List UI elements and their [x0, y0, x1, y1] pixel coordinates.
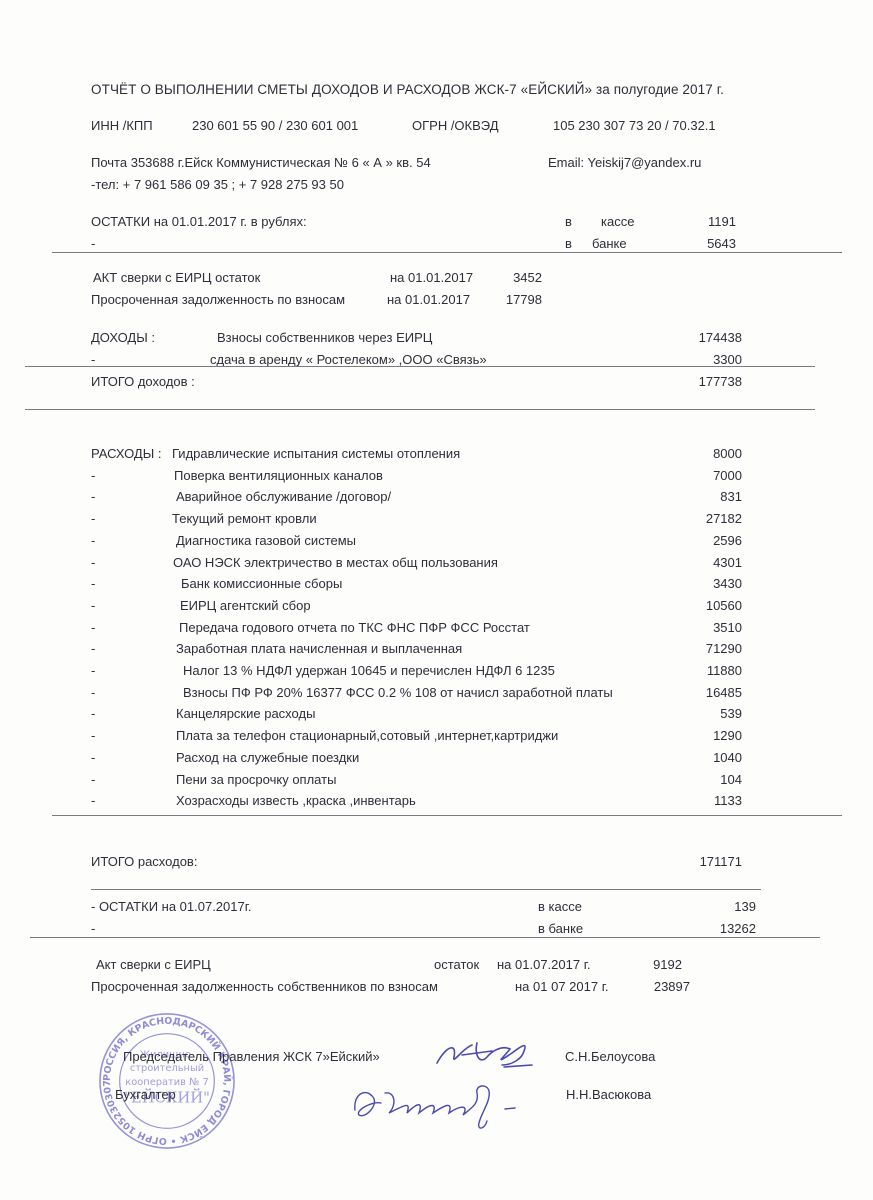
expense-row-dash: - — [91, 641, 95, 656]
opening-overdue-value: 17798 — [490, 292, 542, 307]
income-row-amount: 3300 — [660, 352, 742, 367]
phones: -тел: + 7 961 586 09 35 ; + 7 928 275 93… — [91, 177, 344, 192]
expense-row-amount: 11880 — [660, 663, 742, 678]
report-title: ОТЧЁТ О ВЫПОЛНЕНИИ СМЕТЫ ДОХОДОВ И РАСХО… — [91, 82, 724, 97]
expense-row-amount: 1040 — [660, 750, 742, 765]
income-row-desc: Взносы собственников через ЕИРЦ — [217, 330, 432, 345]
expense-row-amount: 3510 — [660, 620, 742, 635]
expense-row-dash: - — [91, 728, 95, 743]
address: Почта 353688 г.Ейск Коммунистическая № 6… — [91, 155, 431, 170]
income-row-desc: сдача в аренду « Ростелеком» ,ООО «Связь… — [210, 352, 487, 367]
expense-row-dash: - — [91, 620, 95, 635]
opening-bank-label: банке — [592, 236, 627, 251]
chair-role: Председатель Правления ЖСК 7»Ейский» — [123, 1049, 380, 1064]
email: Email: Yeiskij7@yandex.ru — [548, 155, 701, 170]
inn-value: 230 601 55 90 / 230 601 001 — [192, 118, 358, 133]
expense-row-dash: - — [91, 511, 95, 526]
divider — [30, 937, 820, 938]
income-total-label: ИТОГО доходов : — [91, 374, 195, 389]
expense-row-amount: 539 — [660, 706, 742, 721]
closing-overdue-date: на 01 07 2017 г. — [515, 979, 608, 994]
opening-overdue-date: на 01.01.2017 — [387, 292, 470, 307]
divider — [52, 252, 842, 253]
expense-row-amount: 1290 — [660, 728, 742, 743]
opening-cash-value: 1191 — [680, 214, 736, 229]
opening-act-date: на 01.01.2017 — [390, 270, 473, 285]
expense-row-desc: Расход на служебные поездки — [176, 750, 359, 765]
divider — [25, 409, 815, 410]
expense-row-amount: 10560 — [660, 598, 742, 613]
closing-bank-label: в банке — [538, 921, 583, 936]
expense-row-desc: Передача годового отчета по ТКС ФНС ПФР … — [179, 620, 530, 635]
expense-row-dash: - — [91, 706, 95, 721]
income-total-value: 177738 — [660, 374, 742, 389]
expense-row-desc: Хозрасходы известь ,краска ,инвентарь — [176, 793, 416, 808]
expense-row-desc: Налог 13 % НДФЛ удержан 10645 и перечисл… — [183, 663, 555, 678]
expense-row-amount: 7000 — [660, 468, 742, 483]
opening-act-label: АКТ сверки с ЕИРЦ остаток — [93, 270, 260, 285]
income-label: ДОХОДЫ : — [91, 330, 155, 345]
opening-dash: - — [91, 236, 95, 251]
expense-row-desc: Текущий ремонт кровли — [172, 511, 317, 526]
closing-dash: - — [91, 921, 95, 936]
expense-row-desc: Пени за просрочку оплаты — [176, 772, 336, 787]
expense-row-amount: 16485 — [660, 685, 742, 700]
opening-balance-label: ОСТАТКИ на 01.01.2017 г. в рублях: — [91, 214, 307, 229]
opening-act-value: 3452 — [490, 270, 542, 285]
accountant-name: Н.Н.Васюкова — [566, 1087, 651, 1102]
organization-stamp: РОССИЯ, КРАСНОДАРСКИЙ КРАЙ, ГОРОД ЕЙСК •… — [98, 1012, 236, 1150]
expense-row-amount: 104 — [660, 772, 742, 787]
closing-act-mid: остаток — [434, 957, 479, 972]
expense-row-dash: - — [91, 685, 95, 700]
expense-row-desc: Канцелярские расходы — [176, 706, 315, 721]
expense-row-amount: 2596 — [660, 533, 742, 548]
ogrn-value: 105 230 307 73 20 / 70.32.1 — [553, 118, 716, 133]
closing-balance-label: - ОСТАТКИ на 01.07.2017г. — [91, 899, 252, 914]
income-row-dash: - — [91, 352, 95, 367]
expense-row-amount: 831 — [660, 489, 742, 504]
closing-cash-label: в кассе — [538, 899, 582, 914]
closing-act-date: на 01.07.2017 г. — [497, 957, 590, 972]
closing-overdue-label: Просроченная задолженность собственников… — [91, 979, 438, 994]
expense-row-dash: - — [91, 468, 95, 483]
closing-act-label: Акт сверки с ЕИРЦ — [96, 957, 211, 972]
expense-row-amount: 71290 — [660, 641, 742, 656]
ogrn-label: ОГРН /ОКВЭД — [412, 118, 499, 133]
opening-overdue-label: Просроченная задолженность по взносам — [91, 292, 345, 307]
expense-row-desc: Взносы ПФ РФ 20% 16377 ФСС 0.2 % 108 от … — [183, 685, 613, 700]
expense-row-desc: ОАО НЭСК электричество в местах общ поль… — [173, 555, 498, 570]
expense-row-dash: - — [91, 533, 95, 548]
expense-row-dash: - — [91, 793, 95, 808]
expense-row-amount: 4301 — [660, 555, 742, 570]
accountant-role: Бухгалтер — [115, 1087, 176, 1102]
divider — [52, 815, 842, 816]
chair-name: С.Н.Белоусова — [565, 1049, 655, 1064]
divider — [25, 366, 815, 367]
expense-row-dash: - — [91, 663, 95, 678]
accountant-signature — [345, 1075, 555, 1135]
expense-row-dash: - — [91, 489, 95, 504]
expense-row-desc: Плата за телефон стационарный,сотовый ,и… — [176, 728, 558, 743]
expense-row-desc: Аварийное обслуживание /договор/ — [176, 489, 391, 504]
opening-bank-prefix: в — [565, 236, 572, 251]
chair-signature — [432, 1035, 542, 1075]
expense-row-amount: 8000 — [660, 446, 742, 461]
inn-label: ИНН /КПП — [91, 118, 153, 133]
expense-row-amount: 3430 — [660, 576, 742, 591]
expenses-label: РАСХОДЫ : — [91, 446, 161, 461]
income-row-amount: 174438 — [660, 330, 742, 345]
opening-bank-value: 5643 — [680, 236, 736, 251]
expenses-total-value: 171171 — [660, 854, 742, 869]
expense-row-desc: Гидравлические испытания системы отоплен… — [172, 446, 460, 461]
expense-row-dash: - — [91, 555, 95, 570]
expense-row-desc: Диагностика газовой системы — [176, 533, 356, 548]
expense-row-amount: 1133 — [660, 793, 742, 808]
divider — [91, 889, 761, 890]
svg-text:строительный: строительный — [130, 1063, 204, 1074]
expense-row-desc: ЕИРЦ агентский сбор — [180, 598, 311, 613]
expense-row-dash: - — [91, 750, 95, 765]
expense-row-desc: Банк комиссионные сборы — [181, 576, 342, 591]
closing-act-value: 9192 — [620, 957, 682, 972]
expense-row-amount: 27182 — [660, 511, 742, 526]
expense-row-desc: Поверка вентиляционных каналов — [174, 468, 383, 483]
expense-row-desc: Заработная плата начисленная и выплаченн… — [176, 641, 462, 656]
closing-cash-value: 139 — [690, 899, 756, 914]
opening-cash-label: кассе — [601, 214, 634, 229]
expense-row-dash: - — [91, 576, 95, 591]
closing-bank-value: 13262 — [690, 921, 756, 936]
expenses-total-label: ИТОГО расходов: — [91, 854, 197, 869]
opening-cash-prefix: в — [565, 214, 572, 229]
expense-row-dash: - — [91, 598, 95, 613]
expense-row-dash: - — [91, 772, 95, 787]
closing-overdue-value: 23897 — [620, 979, 690, 994]
